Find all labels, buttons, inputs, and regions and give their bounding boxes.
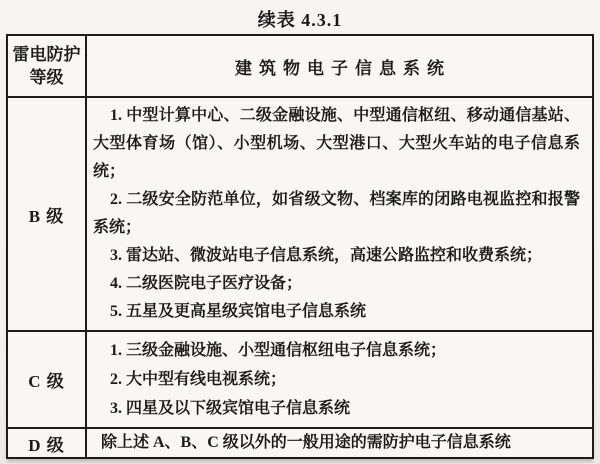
level-cell-c: C 级 — [7, 331, 86, 428]
row-d-item-1: 除上述 A、B、C 级以外的一般用途的需防护电子信息系统 — [93, 429, 580, 457]
header-level-line2: 等级 — [8, 66, 85, 89]
page-title: 续表 4.3.1 — [0, 6, 600, 32]
table-row-level-b: B 级 1. 中型计算中心、二级金融设施、中型通信枢纽、移动通信基站、大型体育场… — [7, 97, 593, 331]
row-b-item-2: 2. 二级安全防范单位，如省级文物、档案库的闭路电视监控和报警系统； — [93, 186, 580, 242]
level-cell-b: B 级 — [7, 97, 86, 331]
header-system-label: 建筑物电子信息系统 — [235, 59, 451, 78]
header-cell-system: 建筑物电子信息系统 — [86, 35, 593, 97]
header-cell-protection-level: 雷电防护 等级 — [7, 35, 86, 97]
row-b-item-4: 4. 二级医院电子医疗设备； — [93, 270, 580, 298]
header-level-line1: 雷电防护 — [8, 43, 85, 66]
row-b-item-5: 5. 五星及更高星级宾馆电子信息系统 — [93, 298, 580, 326]
row-b-item-3: 3. 雷达站、微波站电子信息系统，高速公路监控和收费系统； — [93, 242, 580, 270]
level-cell-d: D 级 — [7, 428, 86, 458]
lightning-protection-table: 雷电防护 等级 建筑物电子信息系统 B 级 1. 中型计算中心、二级金融设施、中… — [6, 34, 594, 459]
table-row-level-d: D 级 除上述 A、B、C 级以外的一般用途的需防护电子信息系统 — [7, 428, 593, 458]
row-b-item-1: 1. 中型计算中心、二级金融设施、中型通信枢纽、移动通信基站、大型体育场（馆）、… — [93, 102, 580, 186]
row-c-item-1: 1. 三级金融设施、小型通信枢纽电子信息系统； — [93, 336, 580, 365]
table-header-row: 雷电防护 等级 建筑物电子信息系统 — [7, 35, 593, 97]
table-row-level-c: C 级 1. 三级金融设施、小型通信枢纽电子信息系统； 2. 大中型有线电视系统… — [7, 331, 593, 428]
row-c-item-2: 2. 大中型有线电视系统； — [93, 365, 580, 394]
items-cell-b: 1. 中型计算中心、二级金融设施、中型通信枢纽、移动通信基站、大型体育场（馆）、… — [86, 97, 593, 331]
items-cell-d: 除上述 A、B、C 级以外的一般用途的需防护电子信息系统 — [86, 428, 593, 458]
items-cell-c: 1. 三级金融设施、小型通信枢纽电子信息系统； 2. 大中型有线电视系统； 3.… — [86, 331, 593, 428]
row-c-item-3: 3. 四星及以下级宾馆电子信息系统 — [93, 394, 580, 423]
